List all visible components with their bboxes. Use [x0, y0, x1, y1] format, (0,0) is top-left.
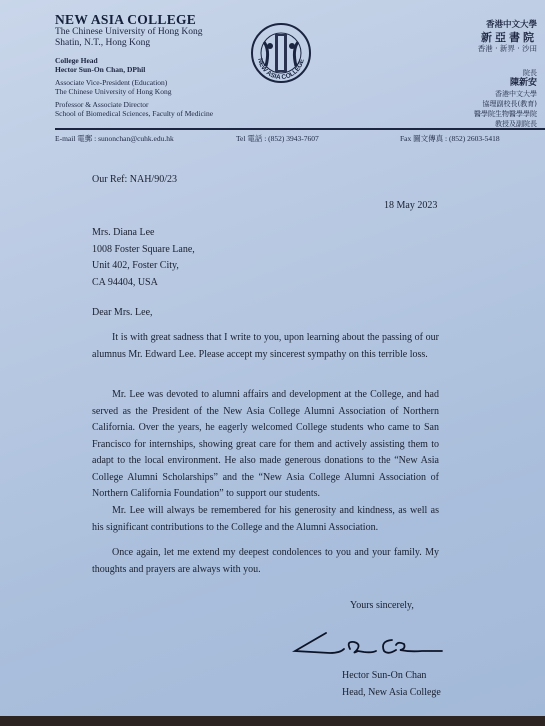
zh-head-role: 院長	[397, 68, 537, 78]
university-name: The Chinese University of Hong Kong	[55, 27, 255, 38]
zh-position-2-org: 醫學院生物醫學學院	[397, 109, 537, 119]
zh-head-name: 陳新安	[397, 78, 537, 89]
recipient-address: Mrs. Diana Lee 1008 Foster Square Lane, …	[92, 225, 195, 291]
letter-date: 18 May 2023	[384, 200, 437, 211]
paragraph: It is with great sadness that I write to…	[92, 330, 439, 363]
college-address: Shatin, N.T., Hong Kong	[55, 38, 255, 49]
contact-tel: Tel 電話 : (852) 3943-7607	[236, 133, 319, 144]
paragraph: Mr. Lee will always be remembered for hi…	[92, 503, 439, 536]
signer-name: Hector Sun-On Chan	[342, 670, 426, 681]
recipient-line: CA 94404, USA	[92, 275, 195, 292]
position-2-org: School of Biomedical Sciences, Faculty o…	[55, 109, 255, 118]
paragraph: Mr. Lee was devoted to alumni affairs an…	[92, 387, 439, 503]
letterhead-english: NEW ASIA COLLEGE The Chinese University …	[55, 13, 255, 118]
table-surface	[0, 716, 545, 726]
zh-position-1-org: 香港中文大學	[397, 89, 537, 99]
position-1-title: Associate Vice-President (Education)	[55, 78, 255, 87]
head-role: College Head	[55, 56, 255, 65]
letterhead-chinese: 香港中文大學 新亞書院 香港 · 新界 · 沙田 院長 陳新安 香港中文大學 協…	[397, 20, 537, 129]
position-1-org: The Chinese University of Hong Kong	[55, 87, 255, 96]
head-name: Hector Sun-On Chan, DPhil	[55, 65, 255, 74]
reference-number: Our Ref: NAH/90/23	[92, 174, 177, 185]
recipient-line: Unit 402, Foster City,	[92, 258, 195, 275]
recipient-line: 1008 Foster Square Lane,	[92, 242, 195, 259]
salutation: Dear Mrs. Lee,	[92, 307, 153, 318]
closing: Yours sincerely,	[350, 600, 414, 611]
signer-title: Head, New Asia College	[342, 687, 441, 698]
contact-fax: Fax 圖文傳真 : (852) 2603-5418	[400, 133, 500, 144]
zh-address: 香港 · 新界 · 沙田	[397, 44, 537, 54]
letterhead-divider	[55, 128, 545, 130]
signature-icon	[292, 625, 452, 670]
college-crest-icon: NEW ASIA COLLEGE	[250, 22, 312, 84]
zh-college: 新亞書院	[397, 31, 537, 44]
zh-university: 香港中文大學	[397, 20, 537, 31]
zh-position-1-title: 協理副校長(教育)	[397, 99, 537, 109]
contact-email: E-mail 電郵 : sunonchan@cuhk.edu.hk	[55, 133, 174, 144]
recipient-line: Mrs. Diana Lee	[92, 225, 195, 242]
paragraph: Once again, let me extend my deepest con…	[92, 545, 439, 578]
position-2-title: Professor & Associate Director	[55, 100, 255, 109]
letter-paper: NEW ASIA COLLEGE The Chinese University …	[0, 0, 545, 716]
college-name: NEW ASIA COLLEGE	[55, 13, 255, 27]
